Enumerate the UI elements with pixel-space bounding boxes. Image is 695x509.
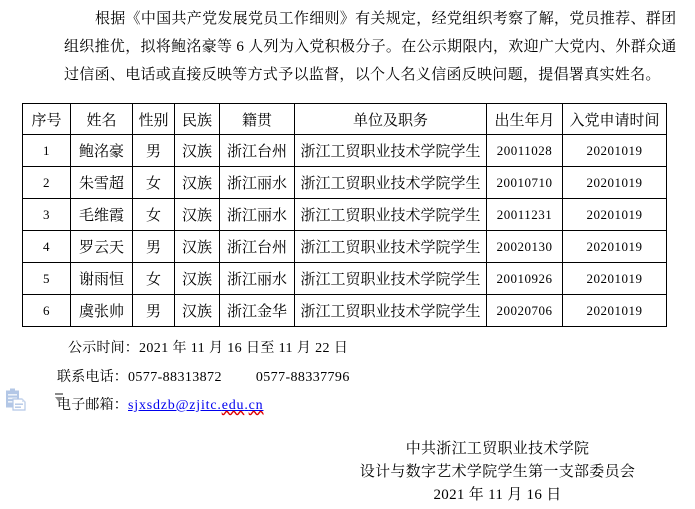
table-row: 5谢雨恒女汉族浙江丽水浙江工贸职业技术学院学生2001092620201019 bbox=[23, 263, 667, 295]
table-cell: 浙江工贸职业技术学院学生 bbox=[295, 199, 487, 231]
email-link[interactable]: sjxsdzb@zjitc.edu.cn bbox=[128, 398, 263, 413]
table-cell: 20201019 bbox=[563, 263, 667, 295]
table-cell: 20201019 bbox=[563, 167, 667, 199]
table-row: 6虞张帅男汉族浙江金华浙江工贸职业技术学院学生2002070620201019 bbox=[23, 295, 667, 327]
table-header-row: 序号姓名性别民族籍贯单位及职务出生年月入党申请时间 bbox=[23, 104, 667, 135]
table-cell: 浙江丽水 bbox=[220, 167, 295, 199]
paste-options-widget[interactable] bbox=[5, 388, 65, 412]
table-cell: 汉族 bbox=[175, 263, 220, 295]
table-cell: 20201019 bbox=[563, 135, 667, 167]
table-cell: 浙江工贸职业技术学院学生 bbox=[295, 263, 487, 295]
phone-number-1: 0577-88313872 bbox=[128, 370, 222, 385]
table-cell: 浙江工贸职业技术学院学生 bbox=[295, 231, 487, 263]
table-cell: 6 bbox=[23, 295, 71, 327]
table-row: 4罗云天男汉族浙江台州浙江工贸职业技术学院学生2002013020201019 bbox=[23, 231, 667, 263]
table-cell: 20011231 bbox=[487, 199, 563, 231]
column-header: 出生年月 bbox=[487, 104, 563, 135]
column-header: 序号 bbox=[23, 104, 71, 135]
contact-phone-line: 联系电话：0577-883138720577-88337796 bbox=[57, 366, 350, 386]
email-segment-edu: edu bbox=[222, 398, 245, 413]
email-segment-cn: cn bbox=[249, 398, 264, 413]
table-cell: 汉族 bbox=[175, 199, 220, 231]
column-header: 民族 bbox=[175, 104, 220, 135]
table-cell: 浙江台州 bbox=[220, 231, 295, 263]
signature-date-line: 2021 年 11 月 16 日 bbox=[300, 484, 695, 507]
table-cell: 浙江台州 bbox=[220, 135, 295, 167]
table-cell: 男 bbox=[133, 231, 175, 263]
publicity-period-line: 公示时间：2021 年 11 月 16 日至 11 月 22 日 bbox=[68, 337, 348, 357]
table-cell: 汉族 bbox=[175, 135, 220, 167]
roster-table: 序号姓名性别民族籍贯单位及职务出生年月入党申请时间 1鲍洺豪男汉族浙江台州浙江工… bbox=[22, 103, 667, 327]
table-cell: 罗云天 bbox=[71, 231, 133, 263]
email-line: 电子邮箱：sjxsdzb@zjitc.edu.cn bbox=[57, 394, 263, 414]
table-cell: 女 bbox=[133, 199, 175, 231]
signature-branch-line: 设计与数字艺术学院学生第一支部委员会 bbox=[300, 461, 695, 484]
table-cell: 汉族 bbox=[175, 167, 220, 199]
signature-org-line: 中共浙江工贸职业技术学院 bbox=[300, 438, 695, 461]
table-cell: 汉族 bbox=[175, 231, 220, 263]
column-header: 姓名 bbox=[71, 104, 133, 135]
table-cell: 20020130 bbox=[487, 231, 563, 263]
table-cell: 20011028 bbox=[487, 135, 563, 167]
publicity-value: 2021 年 11 月 16 日至 11 月 22 日 bbox=[139, 341, 348, 356]
table-cell: 20010710 bbox=[487, 167, 563, 199]
table-cell: 浙江丽水 bbox=[220, 263, 295, 295]
table-cell: 20201019 bbox=[563, 231, 667, 263]
table-cell: 男 bbox=[133, 135, 175, 167]
table-row: 3毛维霞女汉族浙江丽水浙江工贸职业技术学院学生2001123120201019 bbox=[23, 199, 667, 231]
publicity-label: 公示时间： bbox=[68, 341, 139, 356]
column-header: 籍贯 bbox=[220, 104, 295, 135]
paste-dropdown-arrow-icon[interactable] bbox=[55, 393, 64, 402]
table-cell: 女 bbox=[133, 167, 175, 199]
table-cell: 浙江工贸职业技术学院学生 bbox=[295, 167, 487, 199]
table-row: 2朱雪超女汉族浙江丽水浙江工贸职业技术学院学生2001071020201019 bbox=[23, 167, 667, 199]
document-page: 根据《中国共产党发展党员工作细则》有关规定，经党组织考察了解，党员推荐、群团 组… bbox=[0, 0, 695, 509]
table-row: 1鲍洺豪男汉族浙江台州浙江工贸职业技术学院学生2001102820201019 bbox=[23, 135, 667, 167]
table-cell: 浙江工贸职业技术学院学生 bbox=[295, 295, 487, 327]
signature-block: 中共浙江工贸职业技术学院 设计与数字艺术学院学生第一支部委员会 2021 年 1… bbox=[300, 438, 695, 507]
email-prefix: sjxsdzb@zjitc. bbox=[128, 398, 222, 413]
table-cell: 浙江金华 bbox=[220, 295, 295, 327]
table-cell: 20010926 bbox=[487, 263, 563, 295]
paragraph-line: 过信函、电话或直接反映等方式予以监督，以个人名义信函反映问题，提倡署真实姓名。 bbox=[64, 65, 661, 85]
phone-label: 联系电话： bbox=[57, 370, 128, 385]
table-cell: 20201019 bbox=[563, 199, 667, 231]
table-cell: 20020706 bbox=[487, 295, 563, 327]
table-cell: 5 bbox=[23, 263, 71, 295]
phone-number-2: 0577-88337796 bbox=[256, 370, 350, 385]
table-cell: 虞张帅 bbox=[71, 295, 133, 327]
email-label: 电子邮箱： bbox=[57, 398, 128, 413]
table-cell: 浙江工贸职业技术学院学生 bbox=[295, 135, 487, 167]
table-cell: 浙江丽水 bbox=[220, 199, 295, 231]
table-cell: 汉族 bbox=[175, 295, 220, 327]
table-cell: 女 bbox=[133, 263, 175, 295]
paste-options-icon[interactable] bbox=[5, 388, 27, 412]
table-cell: 4 bbox=[23, 231, 71, 263]
table-cell: 20201019 bbox=[563, 295, 667, 327]
table-cell: 男 bbox=[133, 295, 175, 327]
table-cell: 1 bbox=[23, 135, 71, 167]
table-cell: 2 bbox=[23, 167, 71, 199]
table-cell: 3 bbox=[23, 199, 71, 231]
column-header: 入党申请时间 bbox=[563, 104, 667, 135]
table-cell: 毛维霞 bbox=[71, 199, 133, 231]
table-cell: 朱雪超 bbox=[71, 167, 133, 199]
table-cell: 鲍洺豪 bbox=[71, 135, 133, 167]
paragraph-line: 组织推优，拟将鲍洺豪等 6 人列为入党积极分子。在公示期限内，欢迎广大党内、外群… bbox=[64, 37, 677, 57]
column-header: 单位及职务 bbox=[295, 104, 487, 135]
table-cell: 谢雨恒 bbox=[71, 263, 133, 295]
paragraph-line: 根据《中国共产党发展党员工作细则》有关规定，经党组织考察了解，党员推荐、群团 bbox=[95, 9, 676, 29]
column-header: 性别 bbox=[133, 104, 175, 135]
